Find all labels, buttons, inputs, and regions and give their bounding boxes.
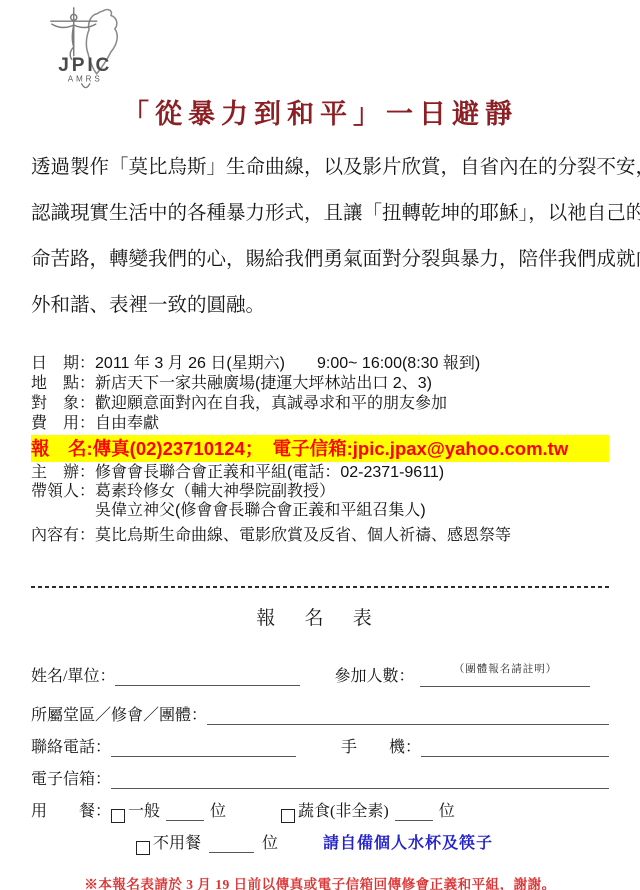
phone-label: 聯絡電話： bbox=[31, 737, 111, 758]
registration-form: 姓名/單位： 參加人數： （團體報名請註明） 所屬堂區／修會／團體： 聯絡電話：… bbox=[31, 657, 609, 854]
page-title: 「從暴力到和平」一日避靜 bbox=[31, 92, 609, 131]
jpic-amrs-logo: JPIC AMRS bbox=[37, 4, 609, 90]
group-blank bbox=[207, 721, 609, 725]
logo-text-jpic: JPIC bbox=[58, 55, 112, 76]
mobile-label: 手 機： bbox=[341, 737, 421, 758]
email-blank bbox=[111, 785, 609, 789]
seats-unit: 位 bbox=[210, 801, 226, 822]
detail-label: 對 象： bbox=[31, 395, 95, 412]
meal-option-none: 不用餐 bbox=[153, 833, 201, 854]
detail-leader-1: 帶領人：葛素玲修女（輔大神學院副教授） bbox=[31, 482, 609, 501]
form-title: 報 名 表 bbox=[31, 603, 609, 630]
detail-audience: 對 象：歡迎願意面對內在自我，真誠尋求和平的朋友參加 bbox=[31, 394, 609, 414]
intro-line: 命苦路，轉變我們的心，賜給我們勇氣面對分裂與暴力，陪伴我們成就內 bbox=[31, 236, 609, 282]
seats-unit: 位 bbox=[439, 801, 455, 822]
detail-fee: 費 用：自由奉獻 bbox=[31, 414, 609, 434]
checkbox-meal-regular bbox=[111, 809, 125, 823]
logo-ribbon-mark bbox=[81, 83, 90, 87]
detail-label: 日 期： bbox=[31, 355, 95, 372]
mobile-blank bbox=[421, 753, 609, 757]
count-blank: （團體報名請註明） bbox=[420, 657, 590, 687]
detail-value: 莫比烏斯生命曲線、電影欣賞及反省、個人祈禱、感恩祭等 bbox=[95, 527, 511, 544]
bring-utensils-note: 請自備個人水杯及筷子 bbox=[323, 833, 493, 854]
group-label: 所屬堂區／修會／團體： bbox=[31, 705, 207, 726]
deadline-note: ※本報名表請於 3 月 19 日前以傳真或電子信箱回傳修會正義和平組，謝謝。 bbox=[31, 873, 609, 890]
detail-value: 修會會長聯合會正義和平組(電話：02-2371-9611) bbox=[95, 464, 444, 481]
intro-paragraph: 透過製作「莫比烏斯」生命曲線，以及影片欣賞，自省內在的分裂不安， 認識現實生活中… bbox=[31, 144, 609, 328]
signup-contact-value: 傳真(02)23710124； 電子信箱:jpic.jpax@yahoo.com… bbox=[93, 438, 569, 459]
meal-option-regular: 一般 bbox=[128, 801, 160, 822]
detail-value: 葛素玲修女（輔大神學院副教授） bbox=[95, 483, 335, 500]
detail-value: 2011 年 3 月 26 日(星期六) 9:00~ 16:00(8:30 報到… bbox=[95, 355, 480, 372]
meal-veg-count-blank bbox=[395, 817, 433, 821]
detail-label: 費 用： bbox=[31, 415, 95, 432]
form-row-email: 電子信箱： bbox=[31, 769, 609, 790]
intro-line: 透過製作「莫比烏斯」生命曲線，以及影片欣賞，自省內在的分裂不安， bbox=[31, 144, 609, 190]
count-note: （團體報名請註明） bbox=[454, 664, 558, 675]
detail-label: 帶領人： bbox=[31, 483, 95, 500]
seats-unit: 位 bbox=[262, 833, 278, 854]
dashed-divider bbox=[31, 586, 609, 588]
meal-option-veg: 蔬食(非全素) bbox=[298, 801, 389, 822]
form-row-meal-2: 不用餐 位 請自備個人水杯及筷子 bbox=[31, 833, 609, 854]
detail-contents: 內容有：莫比烏斯生命曲線、電影欣賞及反省、個人祈禱、感恩祭等 bbox=[31, 526, 609, 546]
email-label: 電子信箱： bbox=[31, 769, 111, 790]
meal-label: 用 餐： bbox=[31, 801, 111, 822]
phone-blank bbox=[111, 753, 296, 757]
flyer-page: JPIC AMRS 「從暴力到和平」一日避靜 透過製作「莫比烏斯」生命曲線，以及… bbox=[0, 0, 640, 890]
detail-value: 新店天下一家共融廣場(捷運大坪林站出口 2、3) bbox=[95, 375, 432, 392]
name-blank bbox=[115, 682, 300, 686]
signup-contact-highlight: 報 名:傳真(02)23710124； 電子信箱:jpic.jpax@yahoo… bbox=[31, 435, 609, 462]
event-details: 日 期：2011 年 3 月 26 日(星期六) 9:00~ 16:00(8:3… bbox=[31, 354, 609, 546]
meal-regular-count-blank bbox=[166, 817, 204, 821]
detail-organizer: 主 辦：修會會長聯合會正義和平組(電話：02-2371-9611) bbox=[31, 463, 609, 482]
count-label: 參加人數： bbox=[334, 666, 414, 687]
form-row-phone: 聯絡電話： 手 機： bbox=[31, 737, 609, 758]
intro-line: 外和諧、表裡一致的圓融。 bbox=[31, 282, 609, 328]
form-row-name-count: 姓名/單位： 參加人數： （團體報名請註明） bbox=[31, 657, 609, 687]
detail-date: 日 期：2011 年 3 月 26 日(星期六) 9:00~ 16:00(8:3… bbox=[31, 354, 609, 374]
detail-value: 歡迎願意面對內在自我，真誠尋求和平的朋友參加 bbox=[95, 395, 447, 412]
detail-location: 地 點：新店天下一家共融廣場(捷運大坪林站出口 2、3) bbox=[31, 374, 609, 394]
detail-value: 吳偉立神父(修會會長聯合會正義和平組召集人) bbox=[95, 502, 426, 519]
checkbox-meal-none bbox=[136, 841, 150, 855]
form-row-meal-1: 用 餐： 一般 位 蔬食(非全素) 位 bbox=[31, 801, 609, 822]
detail-label: 地 點： bbox=[31, 375, 95, 392]
checkbox-meal-veg bbox=[281, 809, 295, 823]
crucifix-taiwan-drawing: JPIC AMRS bbox=[37, 4, 143, 90]
detail-label: 內容有： bbox=[31, 527, 95, 544]
logo-text-amrs: AMRS bbox=[68, 74, 103, 83]
form-row-group: 所屬堂區／修會／團體： bbox=[31, 705, 609, 726]
detail-label: 主 辦： bbox=[31, 464, 95, 481]
crucifix bbox=[51, 8, 97, 60]
detail-leader-2: 吳偉立神父(修會會長聯合會正義和平組召集人) bbox=[31, 501, 609, 520]
detail-value: 自由奉獻 bbox=[95, 415, 159, 432]
meal-none-count-blank bbox=[209, 849, 254, 853]
detail-label: 報 名: bbox=[31, 438, 93, 459]
name-label: 姓名/單位： bbox=[31, 666, 115, 687]
intro-line: 認識現實生活中的各種暴力形式，且讓「扭轉乾坤的耶穌」，以祂自己的生 bbox=[31, 190, 609, 236]
